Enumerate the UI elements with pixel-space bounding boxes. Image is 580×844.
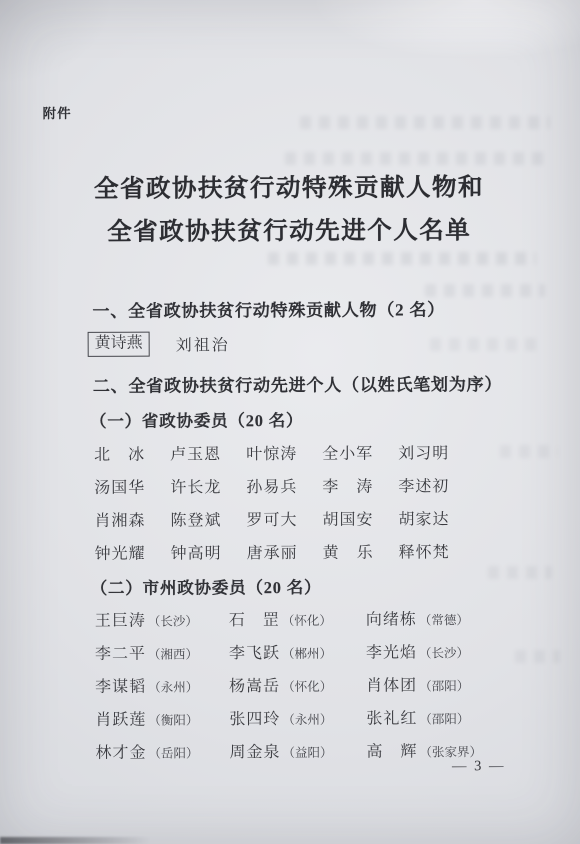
- city-label: （永州）: [148, 680, 198, 694]
- name-cell: 肖跃莲: [95, 712, 146, 729]
- provincial-row: 汤国华 许长龙 孙易兵 李 涛 李述初: [94, 473, 449, 498]
- provincial-row: 钟光耀 钟高明 唐承丽 黄 乐 释怀梵: [95, 539, 450, 564]
- section-two-heading: 二、全省政协扶贫行动先进个人（以姓氏笔划为序）: [93, 370, 503, 397]
- name-cell: 唐承丽: [247, 540, 298, 563]
- name-cell: 胡家达: [398, 506, 449, 529]
- name-cell: 陈登斌: [170, 507, 221, 530]
- name-cell: 汤国华: [94, 475, 145, 498]
- name-cell: 李光焰: [366, 644, 417, 661]
- city-entry: 石 罡（怀化）: [229, 607, 366, 631]
- name-cell: 杨嵩岳: [229, 678, 280, 695]
- city-label: （怀化）: [282, 680, 332, 694]
- municipal-row: 王巨涛（长沙） 石 罡（怀化） 向绪栋（常德）: [95, 606, 515, 631]
- municipal-row: 肖跃莲（衡阳） 张四玲（永州） 张礼红（邵阳）: [95, 705, 515, 730]
- city-entry: 张四玲（永州）: [229, 706, 366, 730]
- city-entry: 李谋韬（永州）: [95, 673, 229, 697]
- name-cell: 钟高明: [171, 540, 222, 563]
- city-label: （郴州）: [282, 647, 332, 661]
- document-title-line2: 全省政协扶贫行动先进个人名单: [0, 211, 579, 249]
- name-cell: 钟光耀: [95, 541, 146, 564]
- name-cell: 叶惊涛: [246, 441, 297, 464]
- city-label: （长沙）: [419, 646, 469, 660]
- municipal-subheading: （二）市州政协委员（20 名）: [91, 574, 322, 599]
- name-cell: 李述初: [398, 473, 449, 496]
- name-cell: 许长龙: [170, 474, 221, 497]
- city-entry: 向绪栋（常德）: [366, 606, 515, 630]
- attachment-label: 附件: [43, 102, 72, 122]
- name-cell: 释怀梵: [399, 539, 450, 562]
- municipal-row: 李谋韬（永州） 杨嵩岳（怀化） 肖体团（邵阳）: [95, 672, 515, 697]
- special-contributors-row: 黄诗燕 刘祖治: [88, 331, 230, 357]
- name-cell: 黄 乐: [323, 540, 374, 563]
- boxed-deceased-name: 黄诗燕: [88, 332, 150, 357]
- city-entry: 肖跃莲（衡阳）: [95, 706, 229, 730]
- city-label: （永州）: [282, 713, 332, 727]
- city-label: （常德）: [419, 613, 469, 627]
- city-label: （邵阳）: [419, 679, 469, 693]
- name-cell: 石 罡: [229, 612, 280, 629]
- city-entry: 李飞跃（郴州）: [229, 640, 366, 664]
- name-cell: 李飞跃: [229, 645, 280, 662]
- name-cell: 李二平: [95, 646, 146, 663]
- municipal-row: 李二平（湘西） 李飞跃（郴州） 李光焰（长沙）: [95, 639, 515, 664]
- scanned-page: 附件 全省政协扶贫行动特殊贡献人物和 全省政协扶贫行动先进个人名单 一、全省政协…: [0, 0, 580, 844]
- city-entry: 李二平（湘西）: [95, 640, 229, 664]
- page-number: — 3 —: [1, 758, 580, 778]
- name-cell: 卢玉恩: [170, 441, 221, 464]
- city-label: （湘西）: [148, 647, 198, 661]
- city-label: （邵阳）: [419, 712, 469, 726]
- provincial-row: 北 冰 卢玉恩 叶惊涛 全小军 刘习明: [94, 440, 449, 465]
- page-edge-shadow: [0, 837, 150, 844]
- name-cell: 胡国安: [322, 507, 373, 530]
- city-label: （怀化）: [282, 614, 332, 628]
- name-cell: 刘祖治: [176, 332, 230, 355]
- name-cell: 李谋韬: [95, 679, 146, 696]
- name-cell: 刘习明: [398, 440, 449, 463]
- name-cell: 肖体团: [366, 677, 417, 694]
- city-label: （衡阳）: [148, 713, 198, 727]
- name-cell: 向绪栋: [366, 611, 417, 628]
- name-cell: 肖湘森: [94, 508, 145, 531]
- city-entry: 王巨涛（长沙）: [95, 607, 229, 631]
- document-content: 附件 全省政协扶贫行动特殊贡献人物和 全省政协扶贫行动先进个人名单 一、全省政协…: [0, 0, 580, 844]
- city-entry: 肖体团（邵阳）: [366, 672, 515, 696]
- city-entry: 张礼红（邵阳）: [366, 705, 515, 729]
- name-cell: 李 涛: [322, 474, 373, 497]
- section-one-heading: 一、全省政协扶贫行动特殊贡献人物（2 名）: [92, 295, 445, 322]
- document-title-line1: 全省政协扶贫行动特殊贡献人物和: [0, 168, 579, 206]
- name-cell: 北 冰: [94, 442, 145, 465]
- city-label: （长沙）: [148, 614, 198, 628]
- name-cell: 张礼红: [366, 710, 417, 727]
- city-entry: 杨嵩岳（怀化）: [229, 673, 366, 697]
- name-cell: 张四玲: [229, 711, 280, 728]
- city-entry: 李光焰（长沙）: [366, 639, 515, 663]
- name-cell: 孙易兵: [246, 474, 297, 497]
- name-cell: 全小军: [322, 441, 373, 464]
- provincial-row: 肖湘森 陈登斌 罗可大 胡国安 胡家达: [94, 506, 449, 531]
- name-cell: 罗可大: [246, 507, 297, 530]
- name-cell: 王巨涛: [95, 613, 146, 630]
- provincial-subheading: （一）省政协委员（20 名）: [90, 407, 303, 432]
